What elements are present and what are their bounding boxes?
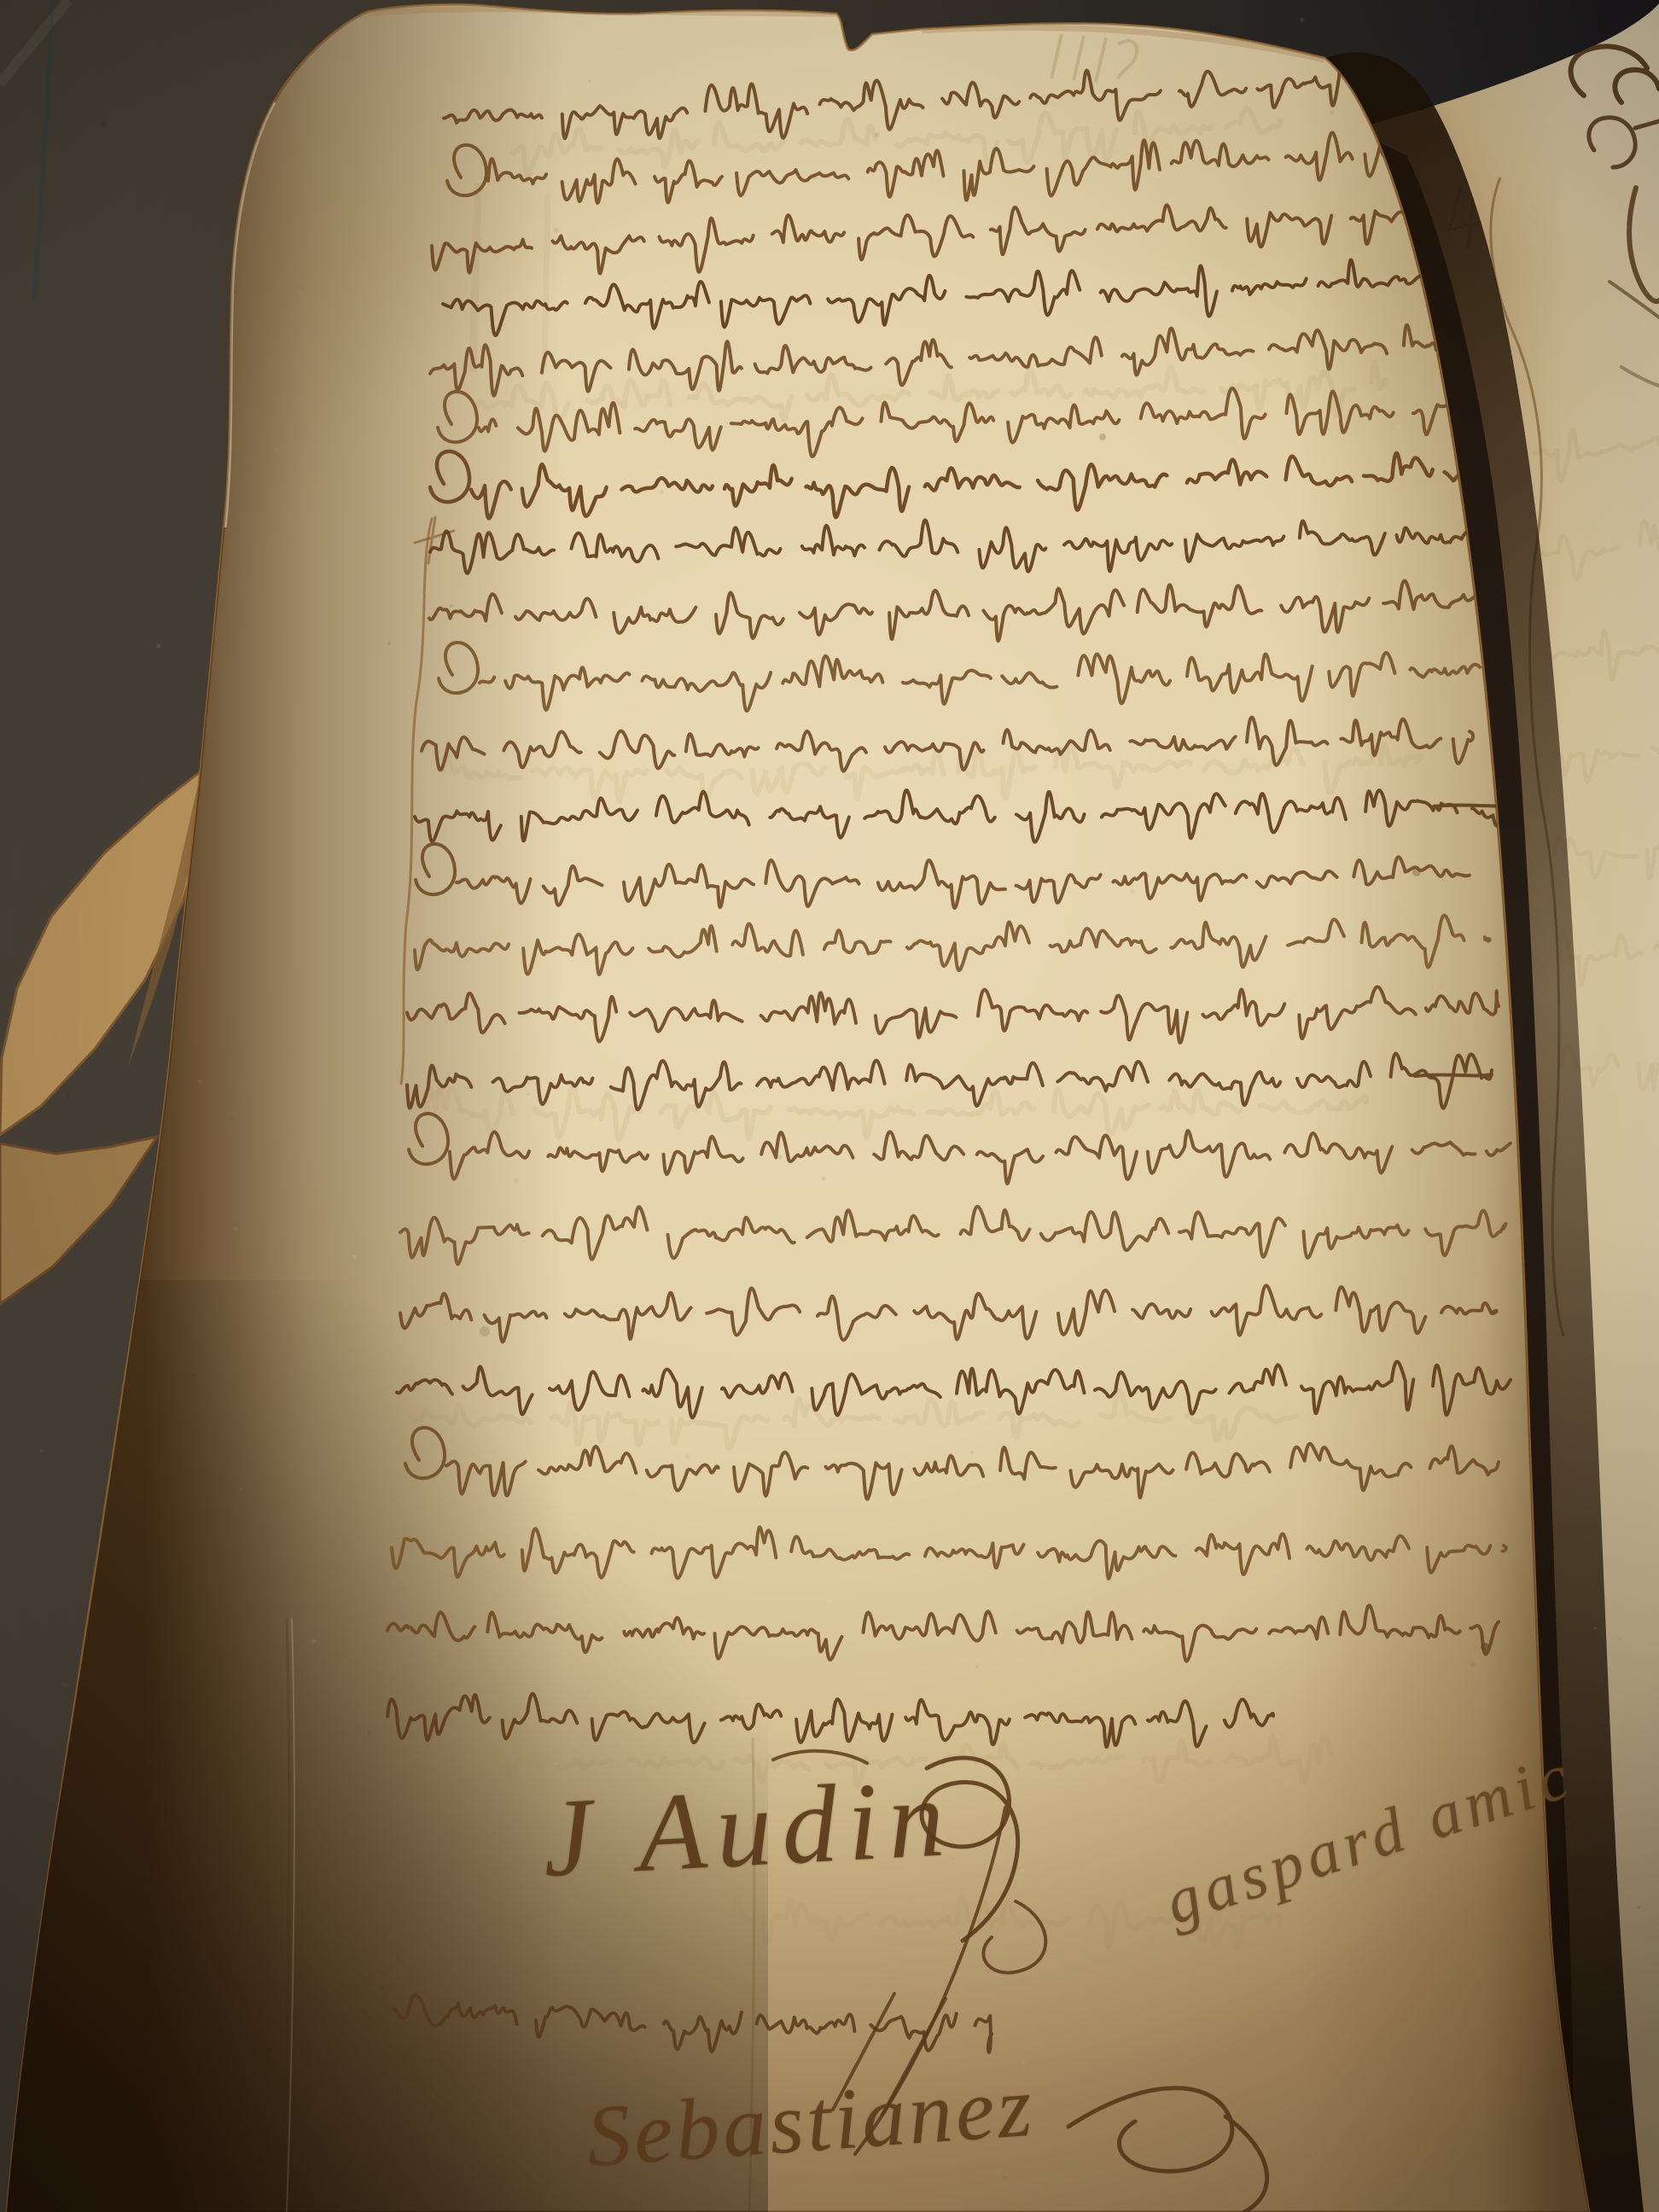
speckle xyxy=(271,1291,274,1294)
speckle xyxy=(208,1487,211,1490)
speckle xyxy=(1373,68,1378,73)
speckle xyxy=(1318,992,1322,996)
speckle xyxy=(875,132,880,137)
speckle xyxy=(996,2168,1001,2174)
speckle xyxy=(1031,1181,1033,1184)
speckle xyxy=(1594,1627,1597,1630)
speckle xyxy=(955,103,958,107)
speckle xyxy=(151,1766,154,1768)
speckle xyxy=(276,449,277,451)
speckle xyxy=(739,932,744,937)
speckle xyxy=(1277,1736,1280,1739)
speckle xyxy=(777,1155,782,1159)
speckle xyxy=(684,1453,690,1458)
speckle xyxy=(555,250,557,253)
speckle xyxy=(352,1255,356,1259)
speckle xyxy=(554,228,559,233)
speckle xyxy=(367,1730,371,1734)
speckle xyxy=(387,642,391,645)
speckle xyxy=(397,1538,399,1540)
speckle xyxy=(260,1383,262,1385)
speckle xyxy=(1160,1644,1163,1648)
speckle xyxy=(887,1040,888,1042)
speckle xyxy=(981,405,986,410)
speckle xyxy=(229,1115,233,1120)
speckle xyxy=(631,704,635,708)
speckle xyxy=(494,1832,496,1834)
speckle xyxy=(827,1598,832,1604)
speckle xyxy=(433,2095,434,2097)
speckle xyxy=(1274,1545,1278,1549)
speckle xyxy=(239,1487,242,1491)
speckle xyxy=(1617,1637,1620,1639)
speckle xyxy=(1637,1906,1641,1910)
speckle xyxy=(659,490,663,494)
speckle xyxy=(1003,2176,1005,2179)
speckle xyxy=(268,2048,271,2052)
speckle xyxy=(1382,677,1386,681)
speckle xyxy=(822,1177,826,1181)
speckle xyxy=(850,356,852,358)
speckle xyxy=(514,1178,519,1183)
speckle xyxy=(39,1448,44,1452)
speckle xyxy=(1290,975,1294,978)
speckle xyxy=(1244,1483,1248,1487)
speckle xyxy=(1379,1406,1381,1408)
speckle xyxy=(265,544,268,547)
speckle xyxy=(6,427,9,429)
speckle xyxy=(101,121,106,126)
speckle xyxy=(157,644,161,649)
speckle xyxy=(946,1091,948,1092)
speckle xyxy=(1050,1229,1051,1231)
speckle xyxy=(379,1986,383,1990)
speckle xyxy=(37,1599,39,1602)
speckle xyxy=(976,1666,979,1668)
signature-j-audin: J Audin xyxy=(539,1754,958,1903)
speckle xyxy=(311,1639,316,1644)
speckle xyxy=(198,1080,202,1084)
speckle xyxy=(778,412,781,415)
speckle xyxy=(1330,110,1335,115)
speckle xyxy=(1470,1662,1475,1666)
speckle xyxy=(299,292,302,295)
speckle xyxy=(189,2180,192,2184)
speckle xyxy=(1395,424,1400,429)
speckle xyxy=(1360,123,1362,125)
speckle xyxy=(775,68,778,72)
speckle xyxy=(492,1383,495,1387)
speckle xyxy=(265,2128,270,2132)
speckle xyxy=(63,1683,67,1687)
speckle xyxy=(504,79,506,80)
speckle xyxy=(1021,1869,1025,1873)
speckle xyxy=(588,79,591,82)
speckle xyxy=(1543,335,1545,337)
speckle xyxy=(1300,17,1304,21)
speckle xyxy=(450,604,453,608)
speckle xyxy=(84,880,87,883)
speckle xyxy=(553,1761,558,1766)
speckle xyxy=(193,1374,195,1377)
speckle xyxy=(812,175,817,180)
speckle xyxy=(1130,889,1135,894)
speckle xyxy=(67,1093,71,1097)
speckle xyxy=(234,1226,237,1230)
speckle xyxy=(662,285,666,288)
speckle xyxy=(527,1092,530,1096)
speckle xyxy=(1126,1892,1127,1894)
speckle xyxy=(970,1451,973,1453)
speckle xyxy=(1301,989,1302,991)
speckle xyxy=(1337,416,1341,420)
speckle xyxy=(1607,1402,1610,1405)
manuscript-photo: J Audin gaspard amic Sebastianez xyxy=(0,0,1659,2212)
